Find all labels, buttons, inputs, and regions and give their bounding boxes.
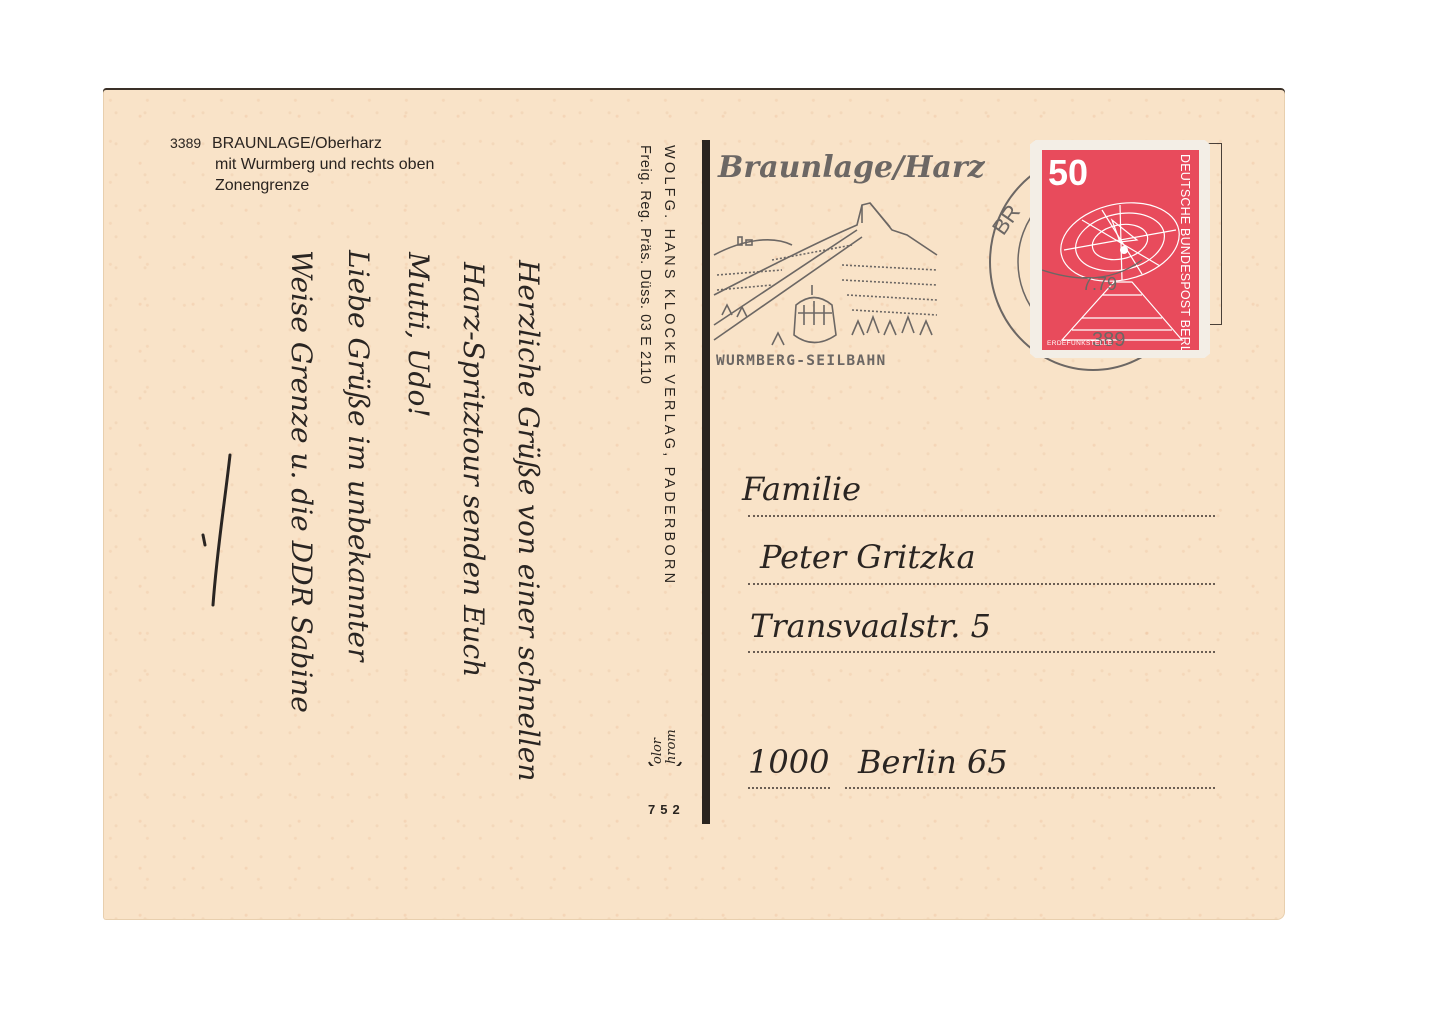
- address-line-2: Peter Gritzka: [760, 538, 976, 576]
- picture-caption: 3389BRAUNLAGE/Oberharz mit Wurmberg und …: [170, 133, 434, 196]
- caption-line-2: mit Wurmberg und rechts oben: [170, 154, 434, 175]
- message-line-4: Liebe Grüße im unbekannter: [342, 250, 375, 661]
- message-line-3: Mutti, Udo!: [402, 252, 435, 418]
- caption-title: BRAUNLAGE/Oberharz: [212, 135, 382, 152]
- message-line-1: Herzliche Grüße von einer schnellen: [512, 260, 545, 781]
- stamp-face: 7.79 389 50 DEUTSCHE BUNDESPOST BERLIN E…: [1042, 150, 1199, 350]
- pen-stroke-mark: [195, 440, 235, 610]
- address-dotted-line-1: [748, 515, 1215, 517]
- address-line-3: Transvaalstr. 5: [750, 607, 991, 645]
- publisher-imprint: WOLFG. HANS KLOCKE VERLAG, PADERBORN: [661, 145, 677, 586]
- svg-text:hrom: hrom: [664, 729, 679, 764]
- card-number: 3389: [170, 133, 212, 154]
- center-divider: [702, 140, 710, 824]
- caption-line-3: Zonengrenze: [170, 175, 434, 196]
- stamp-subject: ERDEFUNKSTELLE: [1047, 340, 1113, 347]
- stamp-value: 50: [1048, 152, 1088, 194]
- registration-note: Freig. Reg. Präs. Düss. 03 E 2110: [637, 145, 653, 385]
- print-number: 752: [648, 802, 685, 817]
- postage-stamp: 7.79 389 50 DEUTSCHE BUNDESPOST BERLIN E…: [1030, 140, 1210, 358]
- city-dotted-line: [845, 787, 1215, 789]
- address-line-1: Familie: [742, 470, 861, 508]
- address-postcode: 1000: [748, 743, 829, 781]
- address-dotted-line-3: [748, 651, 1215, 653]
- svg-text:olor: olor: [650, 737, 665, 764]
- address-dotted-line-2: [748, 583, 1215, 585]
- postcode-dotted-line: [748, 787, 830, 789]
- svg-text:7.79: 7.79: [1082, 274, 1117, 294]
- message-line-5: Weise Grenze u. die DDR Sabine: [285, 250, 318, 713]
- color-chrom-logo: olor hrom: [633, 718, 693, 766]
- address-city: Berlin 65: [858, 743, 1008, 781]
- stamp-country: DEUTSCHE BUNDESPOST BERLIN: [1178, 154, 1192, 350]
- cancellation-caption: WURMBERG-SEILBAHN: [716, 353, 887, 369]
- cable-car-mountain-icon: [712, 145, 947, 380]
- message-line-2: Harz-Spritztour senden Euch: [457, 262, 490, 677]
